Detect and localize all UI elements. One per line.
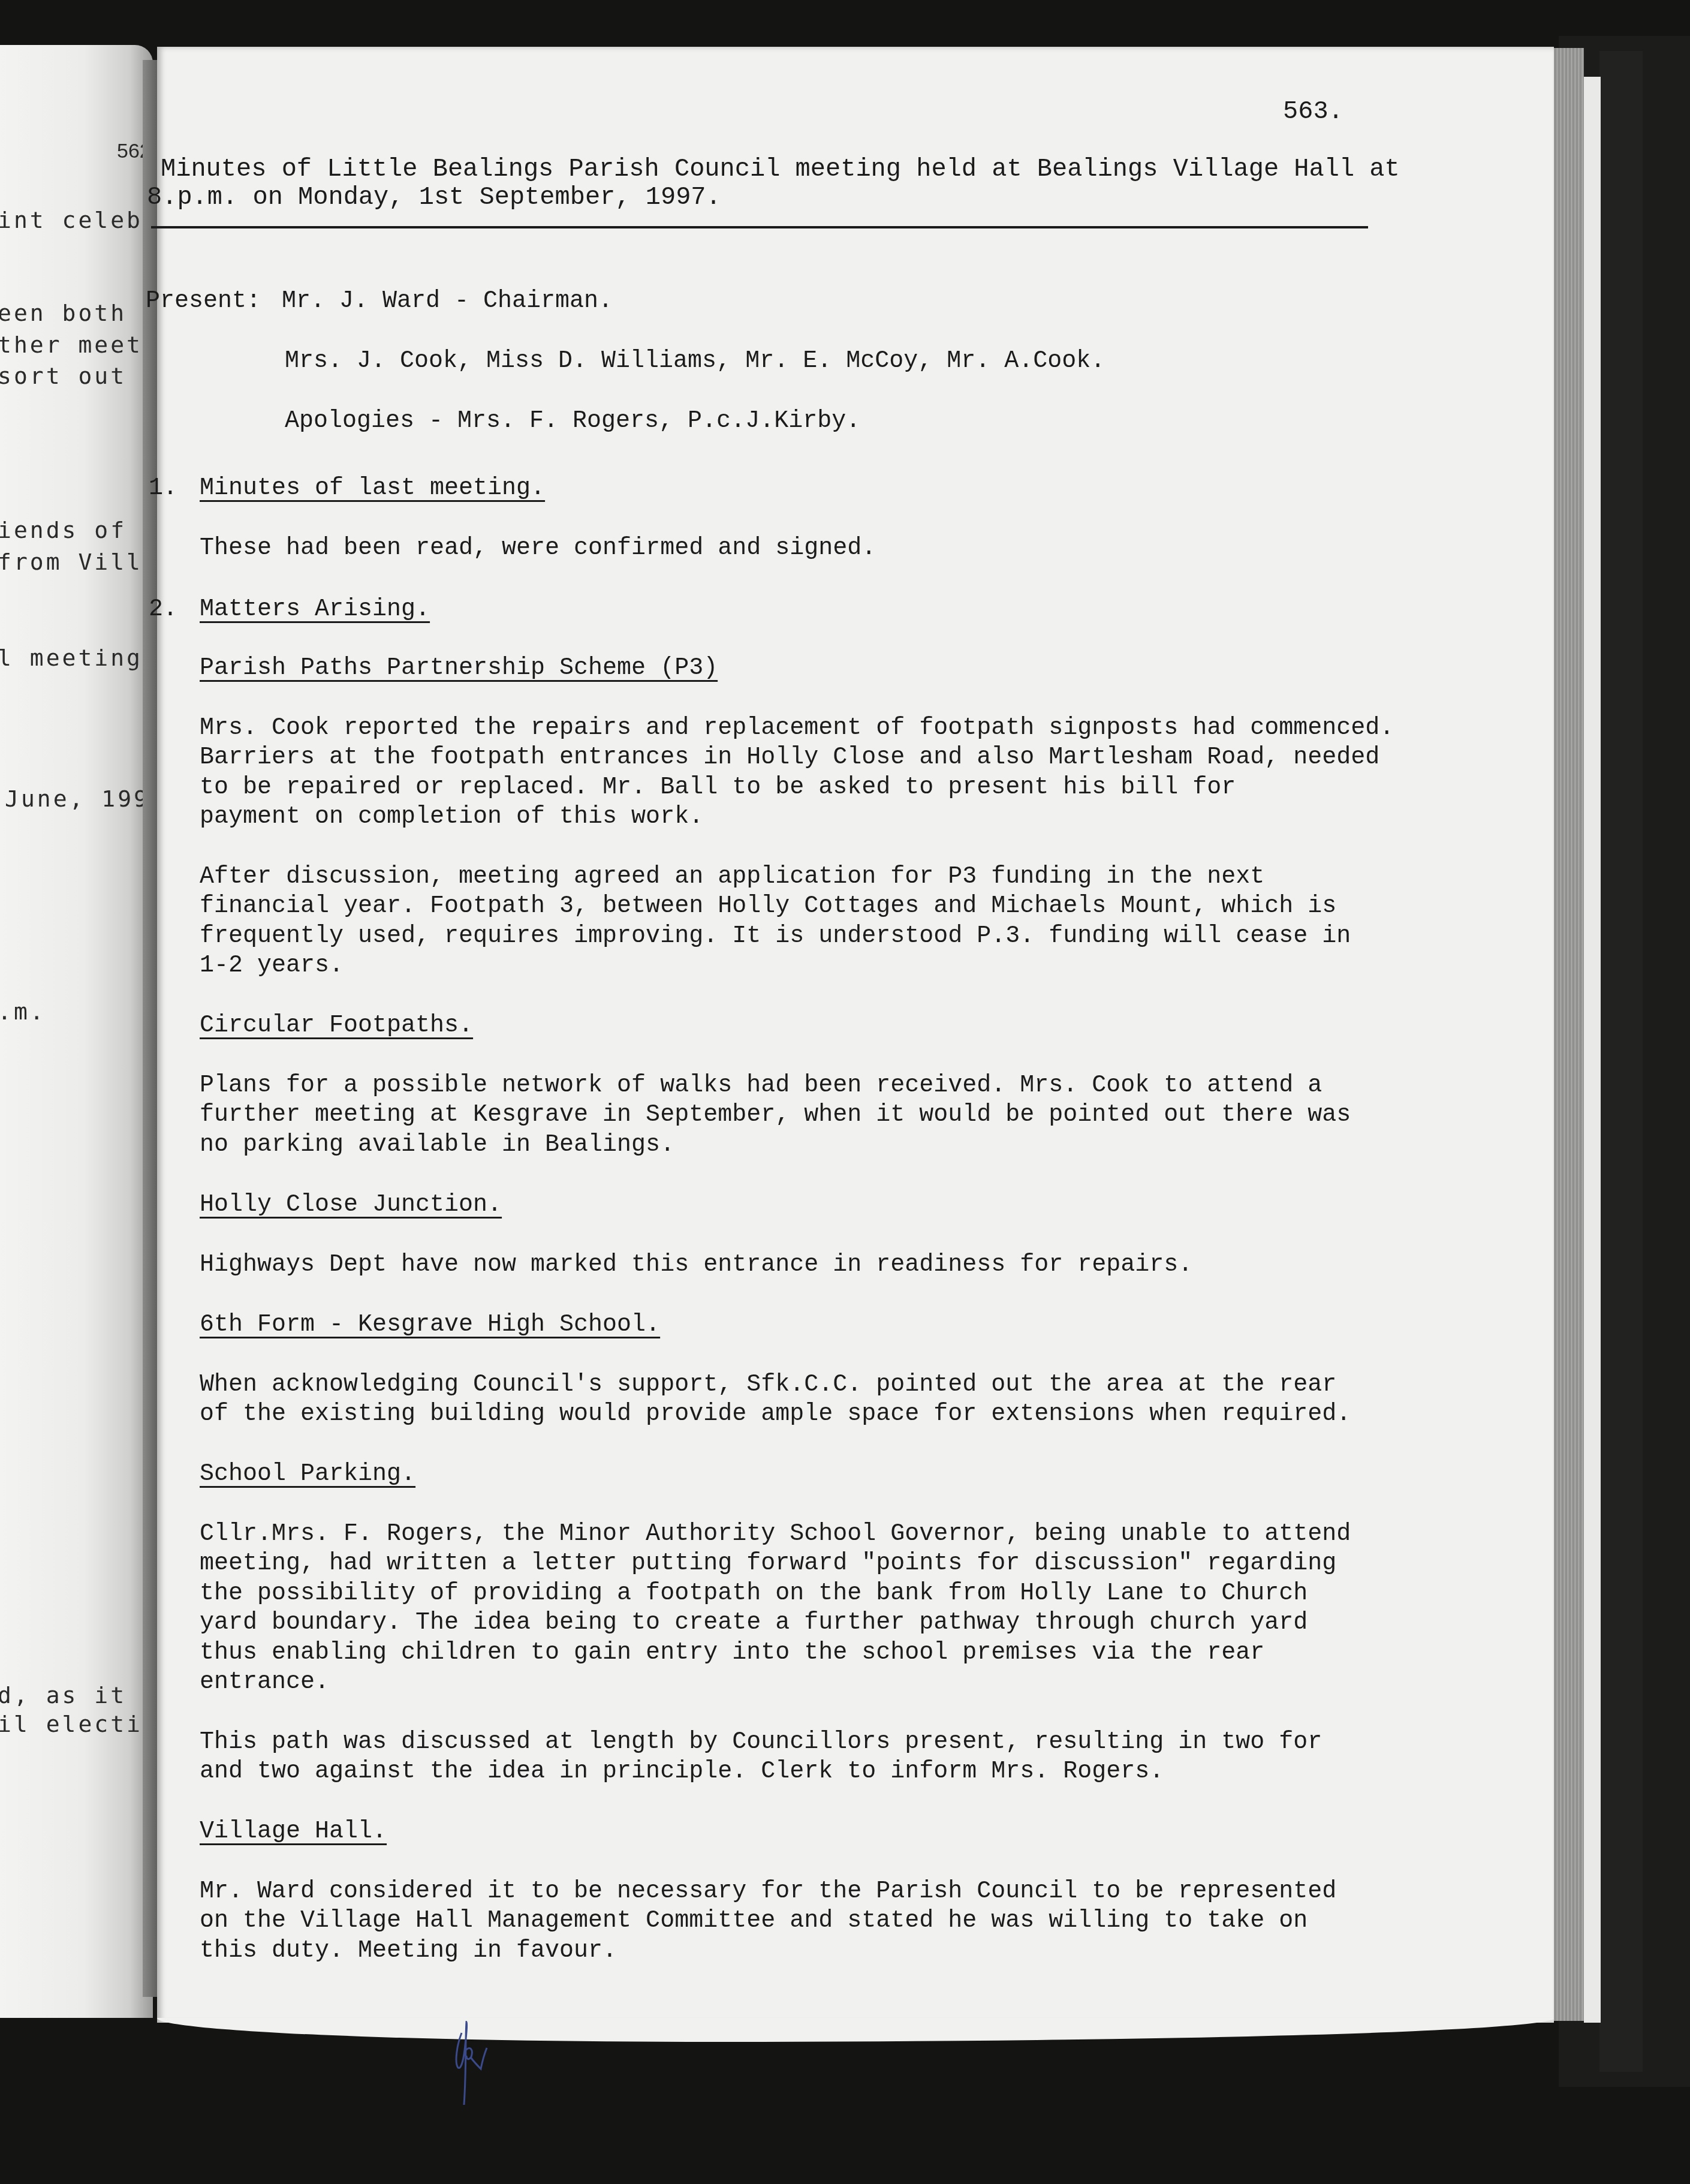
title-rule xyxy=(151,226,1368,228)
subsection-heading-6th-form: 6th Form - Kesgrave High School. xyxy=(200,1310,660,1340)
paragraph-line: 1-2 years. xyxy=(200,951,344,980)
subsection-heading-holly-close: Holly Close Junction. xyxy=(200,1190,502,1220)
subsection-heading-village-hall: Village Hall. xyxy=(200,1817,387,1846)
page-number: 563. xyxy=(1283,97,1343,127)
chairman: Mr. J. Ward - Chairman. xyxy=(282,287,613,316)
paragraph-line: Plans for a possible network of walks ha… xyxy=(200,1071,1322,1100)
item-text: These had been read, were confirmed and … xyxy=(200,534,876,563)
paragraph-line: of the existing building would provide a… xyxy=(200,1400,1351,1429)
paragraph-line: this duty. Meeting in favour. xyxy=(200,1936,617,1966)
paragraph-line: Highways Dept have now marked this entra… xyxy=(200,1250,1192,1280)
item-heading-minutes: Minutes of last meeting. xyxy=(200,474,545,503)
paragraph-line: Mr. Ward considered it to be necessary f… xyxy=(200,1877,1336,1906)
paragraph-line: further meeting at Kesgrave in September… xyxy=(200,1100,1351,1130)
paragraph-line: payment on completion of this work. xyxy=(200,802,703,832)
present-label: Present: xyxy=(146,287,261,316)
item-number: 1. xyxy=(149,474,177,503)
paragraph-line: frequently used, requires improving. It … xyxy=(200,922,1351,951)
subsection-heading-school-parking: School Parking. xyxy=(200,1460,415,1489)
paragraph-line: Mrs. Cook reported the repairs and repla… xyxy=(200,714,1394,743)
apologies: Apologies - Mrs. F. Rogers, P.c.J.Kirby. xyxy=(285,407,860,436)
paragraph-line: yard boundary. The idea being to create … xyxy=(200,1608,1308,1638)
document-title-line-2: 8.p.m. on Monday, 1st September, 1997. xyxy=(147,183,721,212)
paragraph-line: financial year. Footpath 3, between Holl… xyxy=(200,892,1336,921)
signature-initials xyxy=(444,2021,540,2111)
paragraph-line: After discussion, meeting agreed an appl… xyxy=(200,862,1264,892)
paragraph-line: When acknowledging Council's support, Sf… xyxy=(200,1370,1336,1400)
members-present: Mrs. J. Cook, Miss D. Williams, Mr. E. M… xyxy=(285,347,1105,376)
subsection-heading-p3: Parish Paths Partnership Scheme (P3) xyxy=(200,654,718,683)
item-number: 2. xyxy=(149,595,177,624)
paragraph-line: to be repaired or replaced. Mr. Ball to … xyxy=(200,773,1236,802)
paragraph-line: meeting, had written a letter putting fo… xyxy=(200,1549,1336,1578)
item-heading-matters-arising: Matters Arising. xyxy=(200,595,430,624)
paragraph-line: and two against the idea in principle. C… xyxy=(200,1757,1164,1786)
paragraph-line: no parking available in Bealings. xyxy=(200,1130,674,1160)
paragraph-line: on the Village Hall Management Committee… xyxy=(200,1906,1308,1936)
paragraph-line: the possibility of providing a footpath … xyxy=(200,1579,1308,1608)
paragraph-line: Barriers at the footpath entrances in Ho… xyxy=(200,743,1379,772)
paragraph-line: This path was discussed at length by Cou… xyxy=(200,1728,1322,1757)
paragraph-line: entrance. xyxy=(200,1668,329,1697)
document-title-line-1: Minutes of Little Bealings Parish Counci… xyxy=(161,155,1400,184)
subsection-heading-circular-footpaths: Circular Footpaths. xyxy=(200,1011,473,1040)
paragraph-line: Cllr.Mrs. F. Rogers, the Minor Authority… xyxy=(200,1520,1351,1549)
paragraph-line: thus enabling children to gain entry int… xyxy=(200,1638,1264,1668)
minutes-document: 563. Minutes of Little Bealings Parish C… xyxy=(0,0,1690,2184)
